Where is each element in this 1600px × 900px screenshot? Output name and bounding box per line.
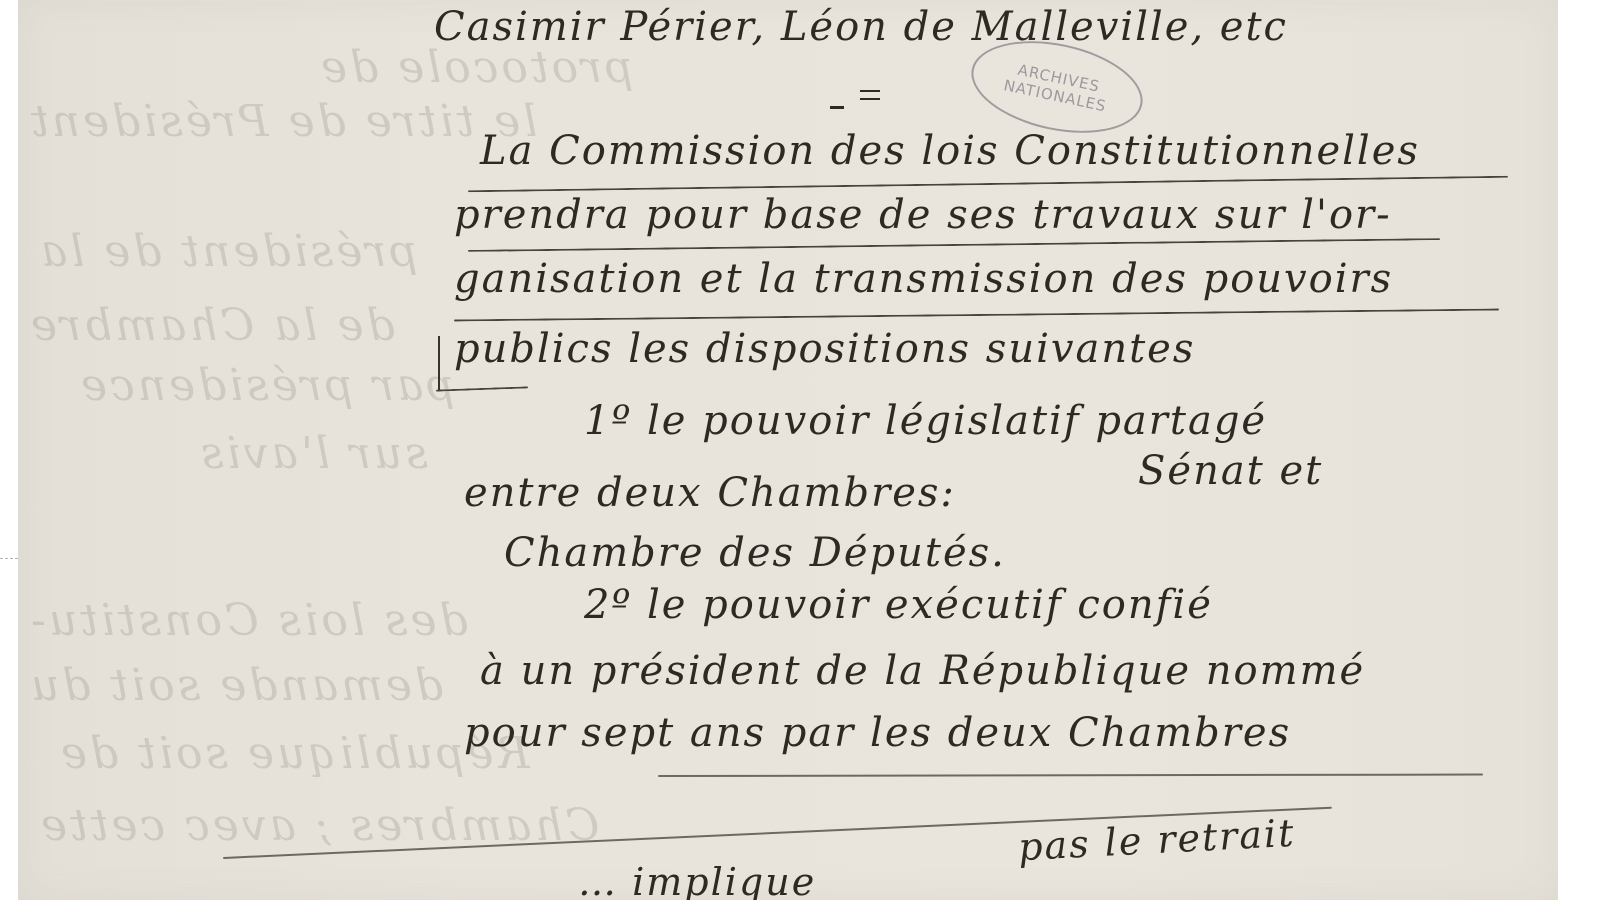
bleed-through-text: le titre de Président [28,96,537,147]
handwritten-line: Chambre des Députés. [504,530,1006,576]
bleed-through-text: des lois Constitu- [28,595,468,646]
handwritten-line: à un président de la République nommé [480,648,1365,694]
section-dash [860,90,880,92]
bleed-through-text: République soit de [58,728,530,779]
text-underline [454,309,1499,322]
bleed-through-text: de la Chambre [28,300,395,351]
text-underline [468,238,1440,252]
bleed-through-text: par présidence [78,360,455,411]
handwritten-line: 2º le pouvoir exécutif confié [584,582,1213,628]
handwritten-line: publics les dispositions suivantes [454,326,1195,372]
handwritten-line: pour sept ans par les deux Chambres [464,710,1291,756]
section-dash [860,98,880,100]
handwritten-line: ganisation et la transmission des pouvoi… [454,256,1393,302]
handwritten-line: entre deux Chambres: [464,470,956,516]
section-dash [830,106,844,109]
bleed-through-text: sur l'avis [198,428,428,479]
scan-edge-mark [0,558,18,560]
document-viewer: protocole de le titre de Président prési… [0,0,1600,900]
handwritten-line: … implique [578,860,816,900]
handwritten-line: prendra pour base de ses travaux sur l'o… [454,192,1392,238]
manuscript-page: protocole de le titre de Président prési… [18,0,1558,900]
handwritten-line: La Commission des lois Constitutionnelle… [480,128,1420,174]
handwritten-line: Sénat et [1138,448,1323,494]
handwritten-line: 1º le pouvoir législatif partagé [584,398,1267,444]
text-underline [468,176,1508,193]
bracket-stroke [438,336,440,390]
separator-line [658,774,1483,777]
handwritten-line: Casimir Périer, Léon de Malleville, etc [434,4,1288,50]
bleed-through-text: demande soit du [28,660,443,711]
bleed-through-text: président de la [38,226,418,277]
